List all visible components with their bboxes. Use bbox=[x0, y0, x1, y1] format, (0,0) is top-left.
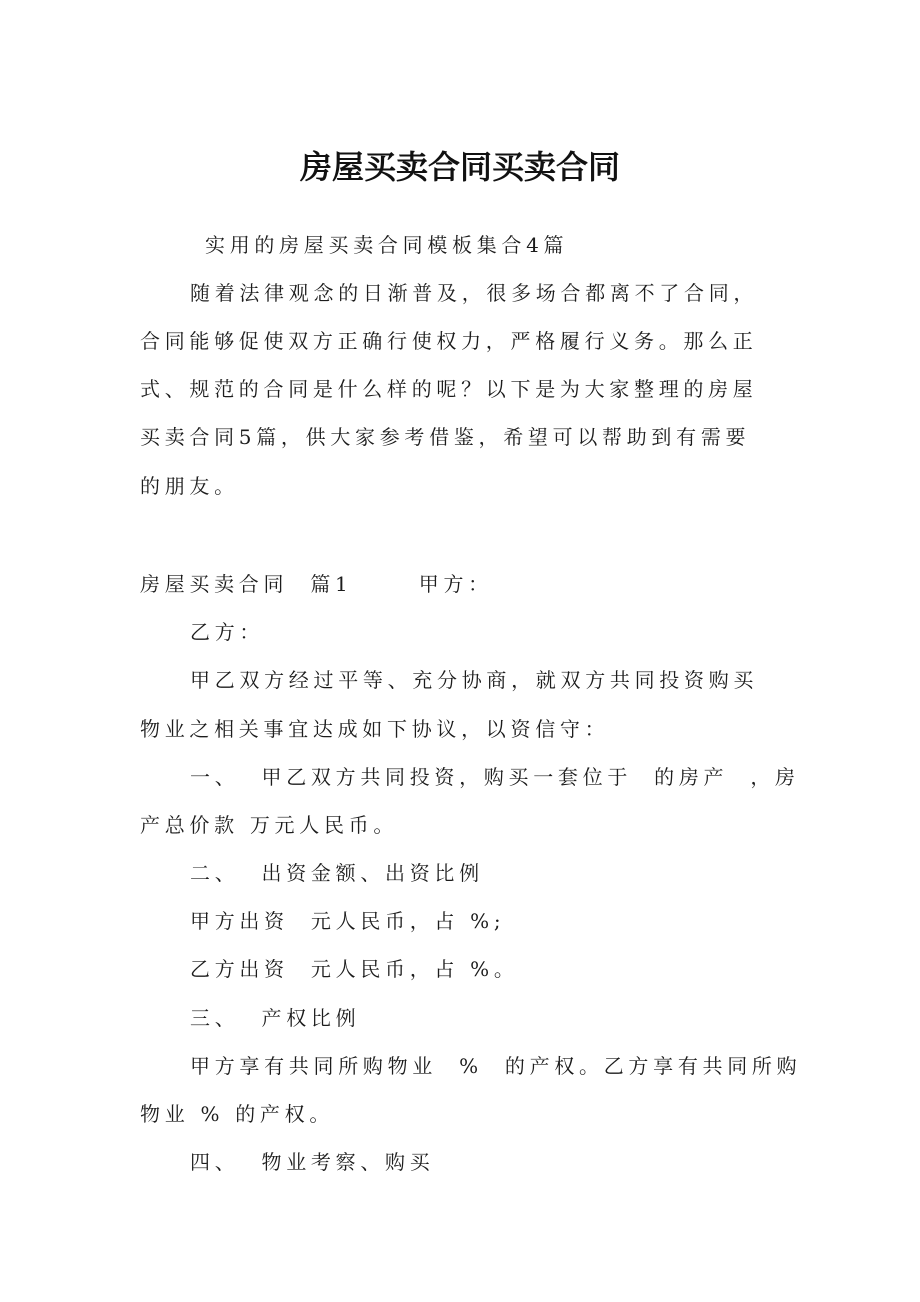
contract-heading: 房屋买卖合同 篇1 甲方： bbox=[140, 570, 493, 598]
clause3-title: 三、 产权比例 bbox=[190, 1004, 360, 1032]
document-title: 房屋买卖合同买卖合同 bbox=[0, 146, 920, 188]
clause2-title: 二、 出资金额、出资比例 bbox=[190, 859, 484, 887]
intro-line: 式、规范的合同是什么样的呢？以下是为大家整理的房屋 bbox=[140, 375, 758, 403]
intro-line: 合同能够促使双方正确行使权力，严格履行义务。那么正 bbox=[140, 327, 758, 355]
intro-line: 的朋友。 bbox=[140, 472, 239, 500]
clause2-item: 乙方出资 元人民币，占 %。 bbox=[190, 955, 519, 983]
subtitle: 实用的房屋买卖合同模板集合4篇 bbox=[205, 231, 568, 259]
preamble-line: 甲乙双方经过平等、充分协商，就双方共同投资购买 bbox=[190, 666, 758, 694]
document-page: 房屋买卖合同买卖合同 实用的房屋买卖合同模板集合4篇 随着法律观念的日渐普及，很… bbox=[0, 0, 920, 1302]
clause1-line: 一、 甲乙双方共同投资，购买一套位于 的房产 ，房 bbox=[190, 763, 800, 791]
clause3-line: 物业 % 的产权。 bbox=[140, 1100, 334, 1128]
clause2-item: 甲方出资 元人民币，占 %; bbox=[190, 907, 505, 935]
clause4-title: 四、 物业考察、购买 bbox=[190, 1148, 434, 1176]
clause1-line: 产总价款 万元人民币。 bbox=[140, 811, 398, 839]
clause3-line: 甲方享有共同所购物业 % 的产权。乙方享有共同所购 bbox=[190, 1052, 801, 1080]
party-b-label: 乙方： bbox=[190, 618, 264, 646]
intro-line: 随着法律观念的日渐普及，很多场合都离不了合同， bbox=[190, 279, 758, 307]
intro-line: 买卖合同5篇，供大家参考借鉴，希望可以帮助到有需要 bbox=[140, 423, 750, 451]
preamble-line: 物业之相关事宜达成如下协议，以资信守： bbox=[140, 715, 609, 743]
